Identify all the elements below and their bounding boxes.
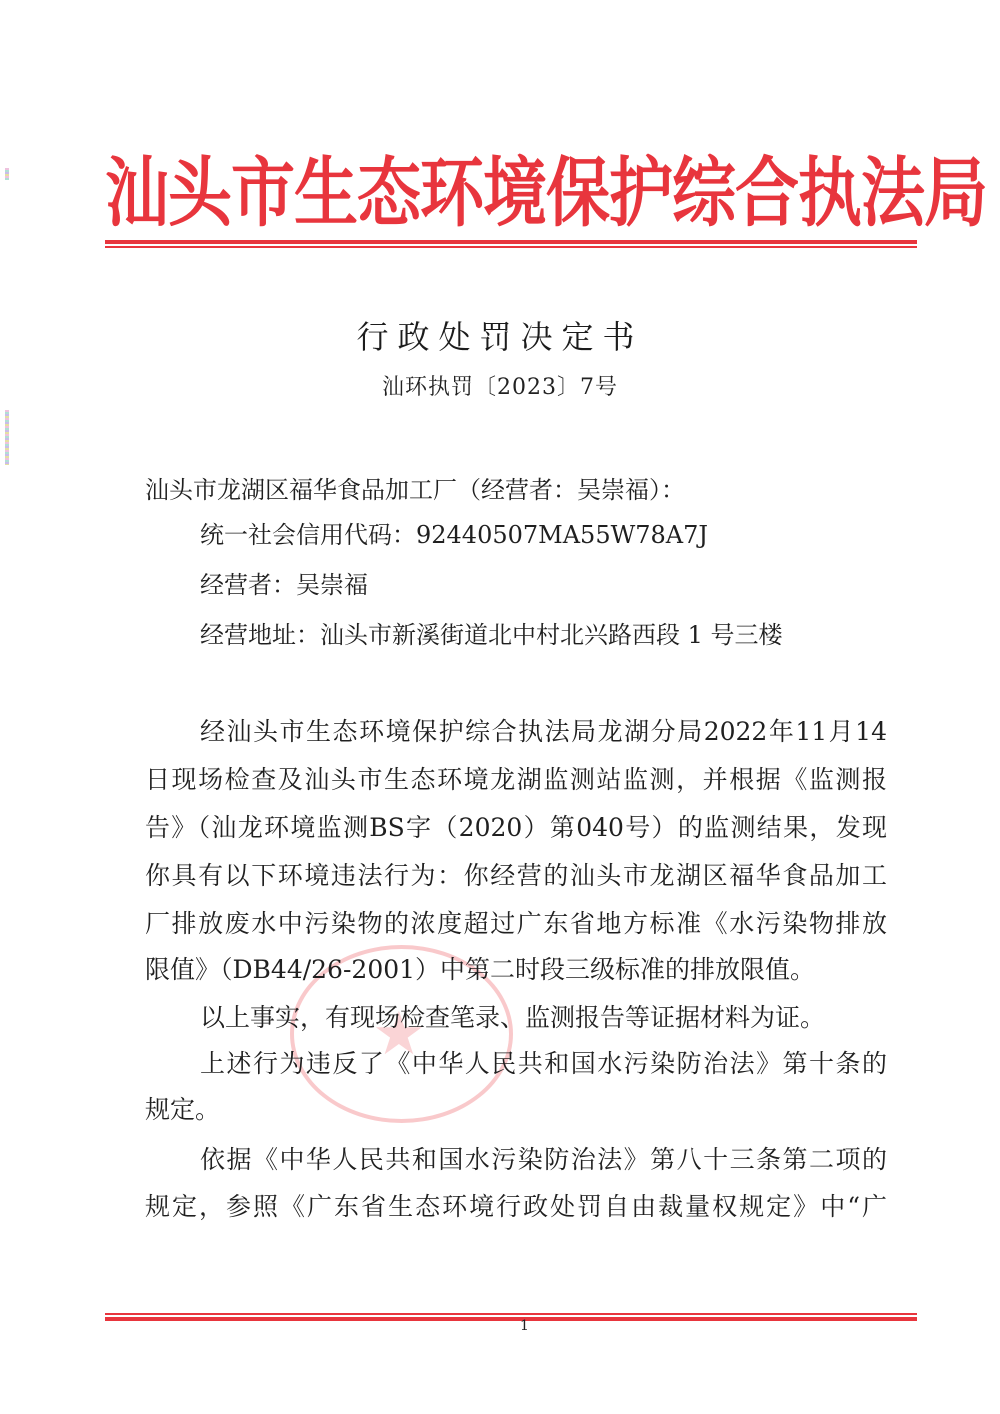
body-paragraph-line: 依据《中华人民共和国水污染防治法》第八十三条第二项的 [200,1145,887,1175]
letterhead-rule-thick [105,240,917,244]
body-paragraph-line: 厂排放废水中污染物的浓度超过广东省地方标准《水污染物排放 [145,909,887,939]
address-line: 经营地址：汕头市新溪街道北中村北兴路西段 1 号三楼 [200,620,783,650]
scan-artifact [5,168,9,180]
scan-artifact [5,410,9,465]
agency-letterhead: 汕头市生态环境保护综合执法局 [105,140,925,249]
document-number: 汕环执罚〔2023〕7号 [0,370,1000,401]
body-paragraph-line: 限值》（DB44/26-2001）中第二时段三级标准的排放限值。 [145,955,887,985]
body-paragraph-line: 经汕头市生态环境保护综合执法局龙湖分局2022年11月14 [200,717,887,747]
body-paragraph-line: 以上事实，有现场检查笔录、监测报告等证据材料为证。 [200,1003,887,1033]
letterhead-rule-thin [105,246,917,248]
body-paragraph-line: 上述行为违反了《中华人民共和国水污染防治法》第十条的 [200,1049,887,1079]
operator-line: 经营者：吴崇福 [200,570,368,600]
body-paragraph-line: 规定，参照《广东省生态环境行政处罚自由裁量权规定》中“广 [145,1192,887,1222]
page-number: 1 [520,1318,529,1334]
document-type-title: 行政处罚决定书 [0,312,1000,358]
body-paragraph-line: 规定。 [145,1095,887,1125]
body-paragraph-line: 日现场检查及汕头市生态环境龙湖监测站监测，并根据《监测报 [145,765,887,795]
body-paragraph-line: 你具有以下环境违法行为：你经营的汕头市龙湖区福华食品加工 [145,861,887,891]
footer-rule-thick [105,1317,917,1321]
footer-rule-thin [105,1313,917,1315]
body-paragraph-line: 告》（汕龙环境监测BS字（2020）第040号）的监测结果，发现 [145,813,887,843]
recipient-heading: 汕头市龙湖区福华食品加工厂（经营者：吴崇福）： [145,475,685,505]
credit-code-line: 统一社会信用代码：92440507MA55W78A7J [200,520,708,550]
